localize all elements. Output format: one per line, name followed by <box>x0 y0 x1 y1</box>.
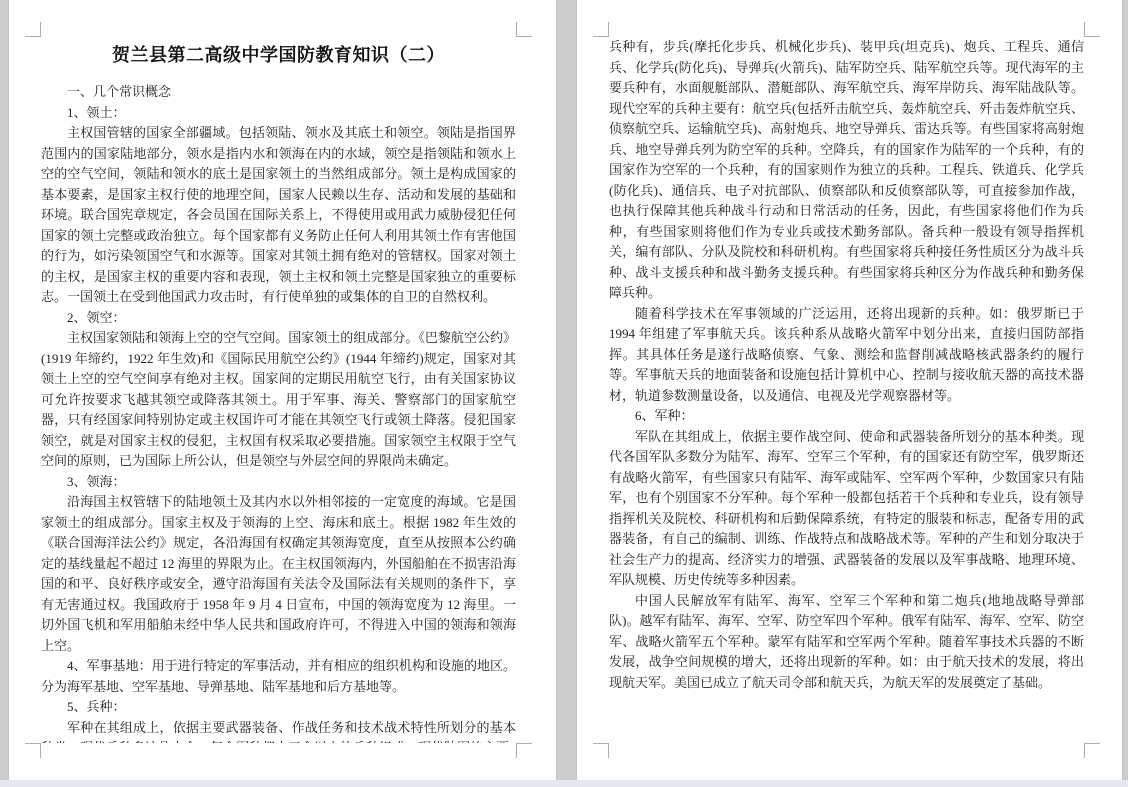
paragraph: 5、兵种： <box>41 697 516 718</box>
bottom-strip <box>0 780 1128 787</box>
crop-mark-top-right <box>516 22 532 37</box>
crop-mark-bottom-right <box>1084 743 1100 758</box>
page-2[interactable]: 兵种有，步兵(摩托化步兵、机械化步兵)、装甲兵(坦克兵)、炮兵、工程兵、通信兵、… <box>576 0 1123 780</box>
paragraph: 中国人民解放军有陆军、海军、空军三个军种和第二炮兵(地地战略导弹部队)。越军有陆… <box>609 591 1084 694</box>
paragraph: 主权国管辖的国家全部疆域。包括领陆、领水及其底土和领空。领陆是指国界范围内的国家… <box>41 123 516 308</box>
crop-mark-bottom-right <box>516 743 532 758</box>
crop-mark-top-left <box>25 22 41 37</box>
page-2-text-area[interactable]: 兵种有，步兵(摩托化步兵、机械化步兵)、装甲兵(坦克兵)、炮兵、工程兵、通信兵、… <box>609 37 1084 743</box>
page-1-text-area[interactable]: 贺兰县第二高级中学国防教育知识（二） 一、几个常识概念1、领土：主权国管辖的国家… <box>41 37 516 743</box>
paragraph: 2、领空： <box>41 308 516 329</box>
paragraph: 6、军种： <box>609 406 1084 427</box>
document-title: 贺兰县第二高级中学国防教育知识（二） <box>41 42 516 69</box>
paragraph: 4、军事基地：用于进行特定的军事活动，并有相应的组织机构和设施的地区。分为海军基… <box>41 656 516 697</box>
crop-mark-top-right <box>1084 22 1100 37</box>
paragraph: 随着科学技术在军事领域的广泛运用，还将出现新的兵种。如：俄罗斯已于 1994 年… <box>609 304 1084 407</box>
paragraph: 主权国家领陆和领海上空的空气空间。国家领土的组成部分。《巴黎航空公约》(1919… <box>41 328 516 472</box>
crop-mark-bottom-left <box>593 743 609 758</box>
paragraph: 兵种有，步兵(摩托化步兵、机械化步兵)、装甲兵(坦克兵)、炮兵、工程兵、通信兵、… <box>609 37 1084 304</box>
page-2-paragraphs: 兵种有，步兵(摩托化步兵、机械化步兵)、装甲兵(坦克兵)、炮兵、工程兵、通信兵、… <box>609 37 1084 693</box>
document-canvas: 贺兰县第二高级中学国防教育知识（二） 一、几个常识概念1、领土：主权国管辖的国家… <box>0 0 1128 787</box>
paragraph: 军种在其组成上，依据主要武器装备、作战任务和技术战术特性所划分的基本种类。现代兵… <box>41 718 516 744</box>
paragraph: 1、领土： <box>41 103 516 124</box>
paragraph: 沿海国主权管辖下的陆地领土及其内水以外相邻接的一定宽度的海域。它是国家领土的组成… <box>41 492 516 656</box>
paragraph: 一、几个常识概念 <box>41 82 516 103</box>
paragraph: 3、领海： <box>41 472 516 493</box>
crop-mark-bottom-left <box>25 743 41 758</box>
page-1[interactable]: 贺兰县第二高级中学国防教育知识（二） 一、几个常识概念1、领土：主权国管辖的国家… <box>8 0 557 780</box>
page-1-paragraphs: 一、几个常识概念1、领土：主权国管辖的国家全部疆域。包括领陆、领水及其底土和领空… <box>41 82 516 743</box>
crop-mark-top-left <box>593 22 609 37</box>
paragraph: 军队在其组成上，依据主要作战空间、使命和武器装备所划分的基本种类。现代各国军队多… <box>609 427 1084 591</box>
